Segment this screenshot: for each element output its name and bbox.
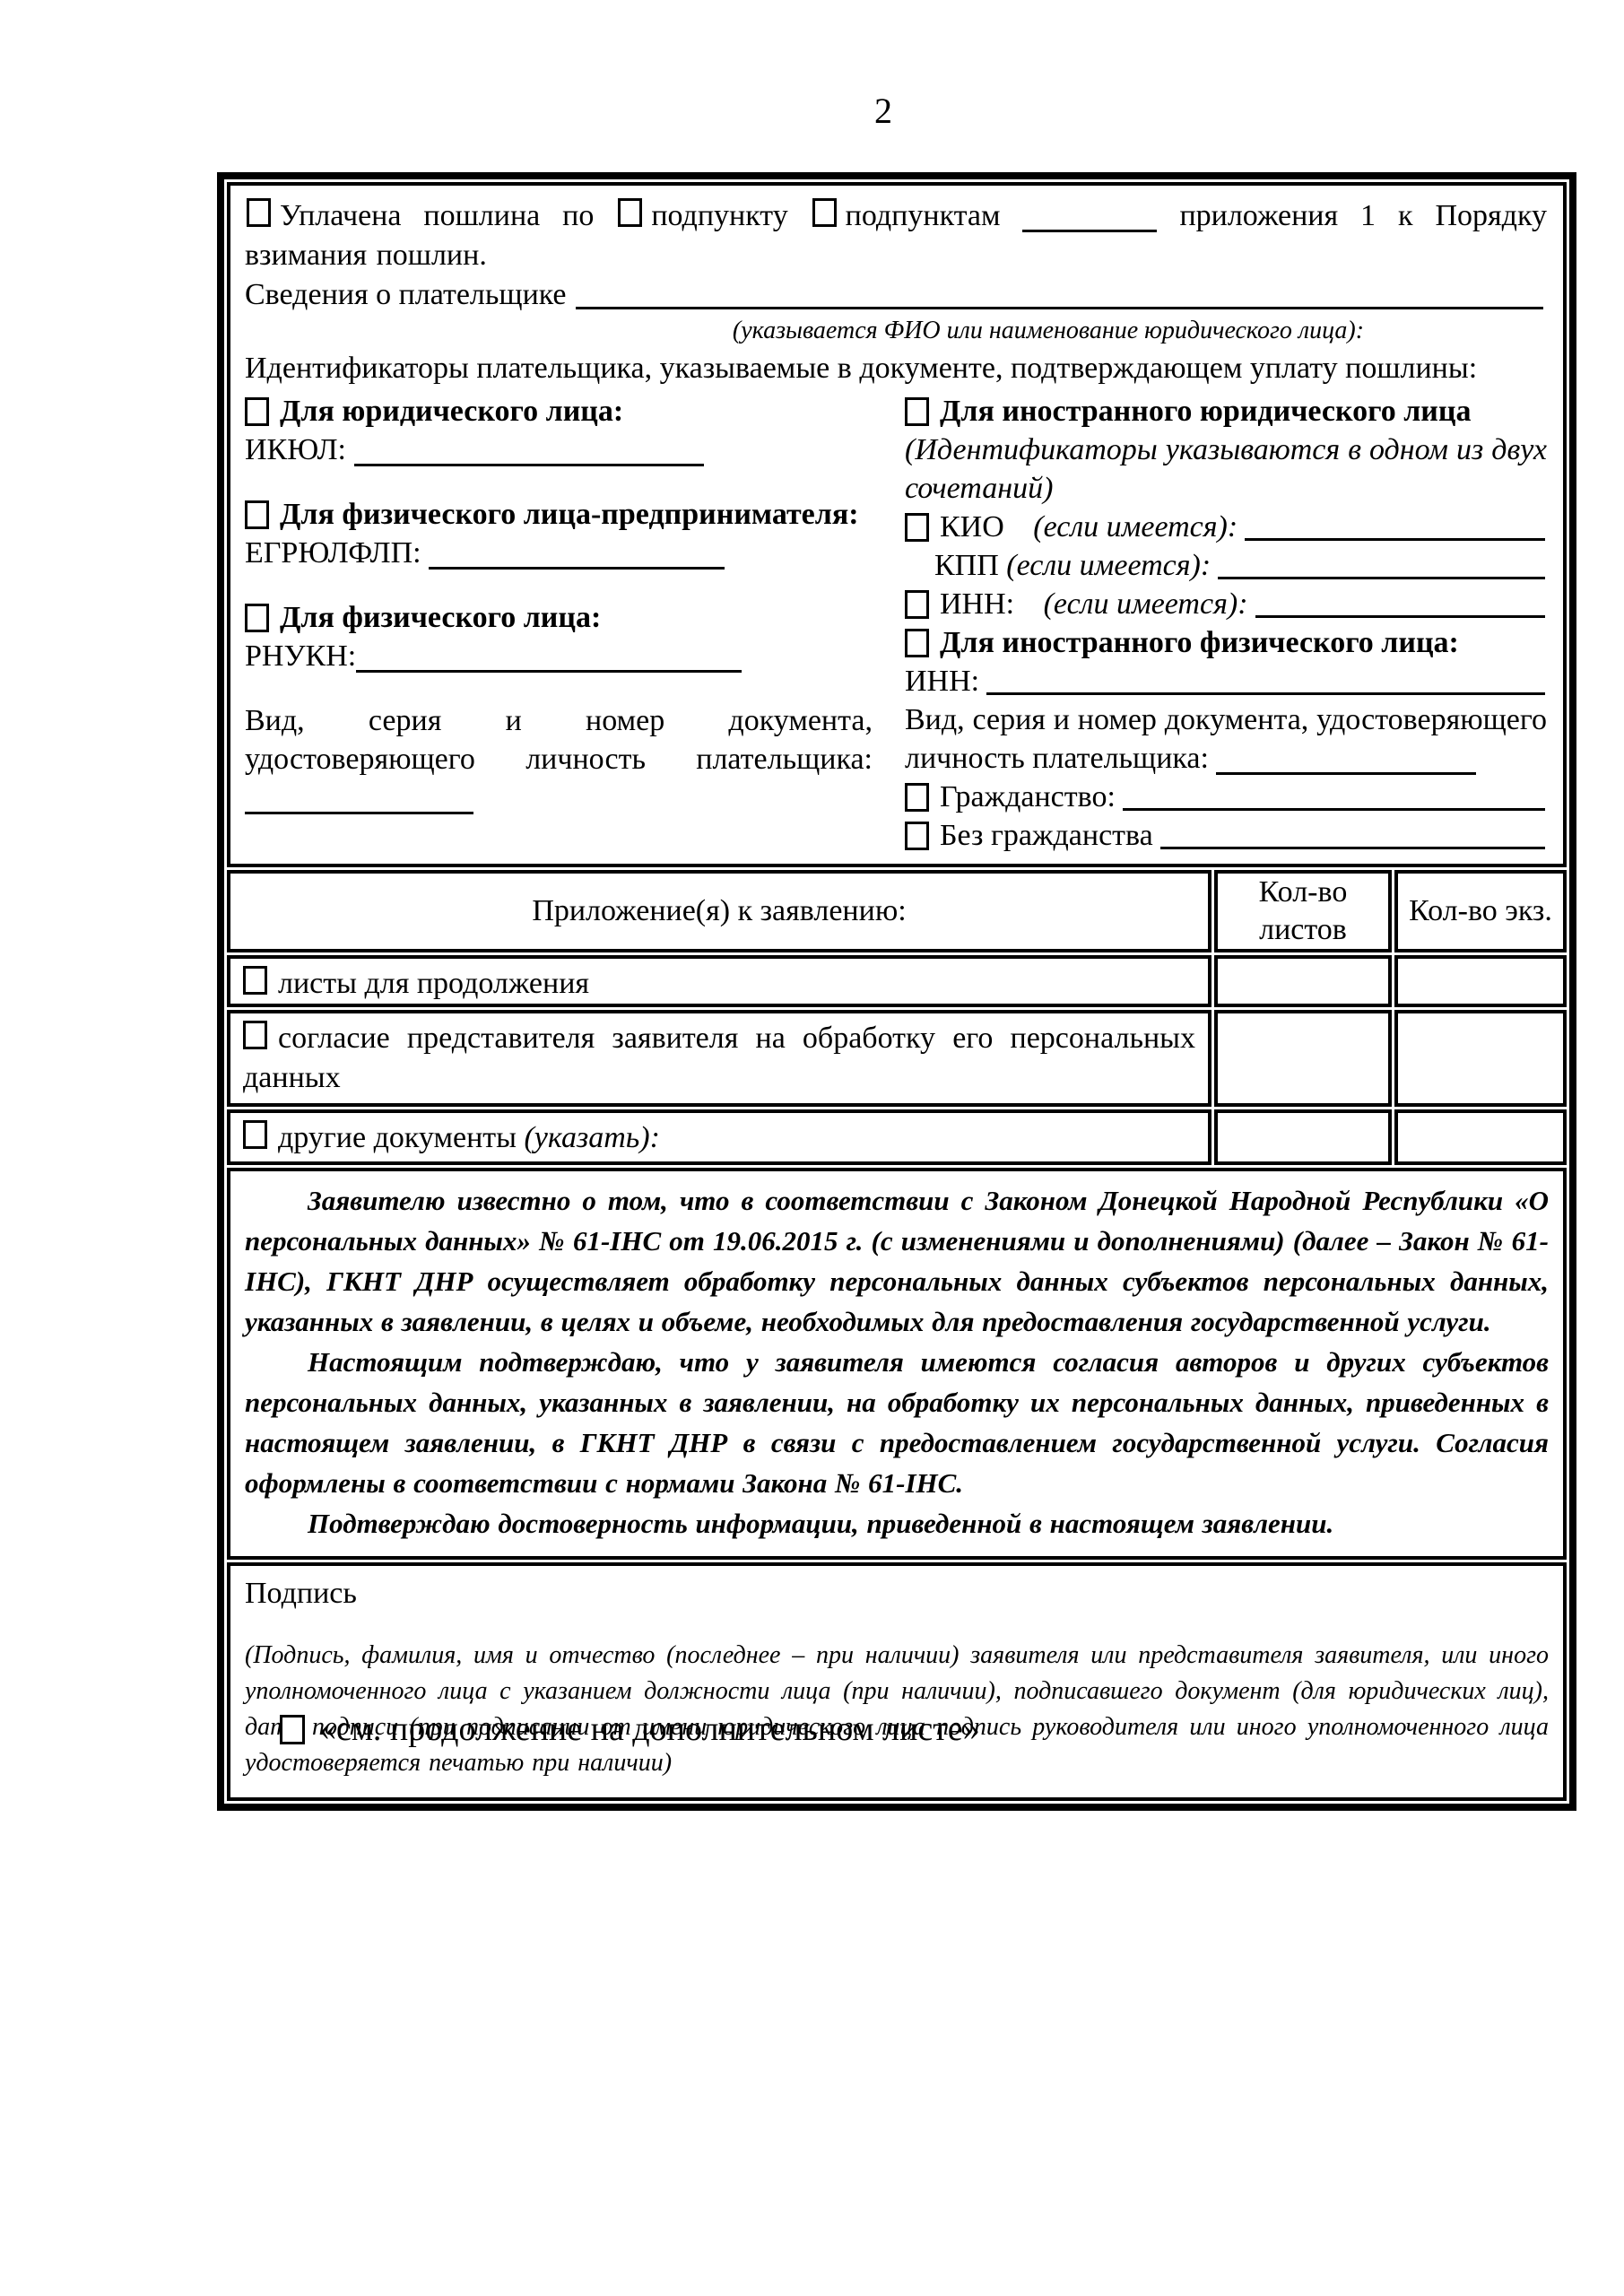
foreign-legal-note: (Идентификаторы указываются в одном из д… xyxy=(905,430,1547,508)
foreign-inn-line[interactable] xyxy=(986,662,1545,695)
sheets-label: листы для продолжения xyxy=(278,967,589,1000)
fee-paid-label: Уплачена пошлина по xyxy=(280,199,594,232)
foreign-inn-row: ИНН: xyxy=(905,662,1547,700)
stateless-row: Без гражданства xyxy=(905,816,1547,855)
attachments-table: Приложение(я) к заявлению: Кол-во листов… xyxy=(227,870,1567,1165)
subpoints-label: подпунктам xyxy=(846,199,1001,232)
attachment-row-other: другие документы (указать): xyxy=(227,1109,1211,1165)
egrulflp-row: ЕГРЮЛФЛП: xyxy=(245,534,873,572)
signature-section: Подпись (Подпись, фамилия, имя и отчеств… xyxy=(227,1562,1567,1801)
subpoints-checkbox[interactable] xyxy=(812,198,837,227)
sheets-copies-cell[interactable] xyxy=(1394,955,1567,1007)
other-docs-hint: (указать): xyxy=(524,1121,659,1154)
rnukn-label: РНУКН: xyxy=(245,639,356,673)
fee-paid-checkbox[interactable] xyxy=(247,198,271,227)
continuation-row: «см. продолжение на дополнительном листе… xyxy=(280,1709,980,1749)
consent-paragraph-3: Подтверждаю достоверность информации, пр… xyxy=(245,1503,1549,1544)
sheets-checkbox[interactable] xyxy=(243,966,267,995)
rnukn-line[interactable] xyxy=(356,639,742,673)
consent-doc-label: согласие представителя заявителя на обра… xyxy=(243,1022,1195,1094)
legal-entity-heading: Для юридического лица: xyxy=(280,392,623,430)
other-docs-label: другие документы xyxy=(278,1121,517,1154)
qty-copies-header: Кол-во экз. xyxy=(1394,870,1567,952)
consent-copies-cell[interactable] xyxy=(1394,1010,1567,1107)
signature-label: Подпись xyxy=(245,1577,1549,1611)
payer-section: Уплачена пошлина по подпункту подпунктам… xyxy=(227,182,1567,867)
consent-qty-cell[interactable] xyxy=(1214,1010,1392,1107)
inn-label: ИНН: xyxy=(940,585,1014,623)
payer-info-line[interactable] xyxy=(576,275,1543,309)
attachments-title: Приложение(я) к заявлению: xyxy=(532,894,906,928)
consent-paragraph-1: Заявителю известно о том, что в соответс… xyxy=(245,1180,1549,1342)
stateless-checkbox[interactable] xyxy=(905,822,929,850)
document-frame: Уплачена пошлина по подпункту подпунктам… xyxy=(217,172,1576,1811)
payer-info-label: Сведения о плательщике xyxy=(245,275,567,315)
foreign-legal-checkbox[interactable] xyxy=(905,397,929,426)
citizenship-line[interactable] xyxy=(1123,778,1545,811)
sheets-qty-cell[interactable] xyxy=(1214,955,1392,1007)
inn-line[interactable] xyxy=(1255,585,1545,618)
foreign-individual-checkbox[interactable] xyxy=(905,629,929,657)
foreign-legal-heading: Для иностранного юридического лица xyxy=(940,392,1471,430)
entrepreneur-checkbox[interactable] xyxy=(245,500,269,529)
domestic-column: Для юридического лица: ИКЮЛ: Для физичес… xyxy=(245,392,873,855)
stateless-line[interactable] xyxy=(1160,816,1545,849)
egrulflp-line[interactable] xyxy=(429,536,725,570)
entrepreneur-heading: Для физического лица-предпринимателя: xyxy=(280,495,859,534)
inn-checkbox[interactable] xyxy=(905,590,929,619)
kio-checkbox[interactable] xyxy=(905,513,929,542)
individual-group: Для физического лица: РНУКН: xyxy=(245,598,873,675)
consent-section: Заявителю известно о том, что в соответс… xyxy=(227,1168,1567,1560)
identifier-columns: Для юридического лица: ИКЮЛ: Для физичес… xyxy=(245,392,1547,855)
ikyul-line[interactable] xyxy=(354,433,704,466)
left-doc-note: Вид, серия и номер документа, удостоверя… xyxy=(245,701,873,817)
kpp-row: КПП (если имеется): xyxy=(934,546,1547,585)
continuation-checkbox[interactable] xyxy=(280,1715,305,1744)
inn-row: ИНН: (если имеется): xyxy=(905,585,1547,623)
kpp-hint: (если имеется): xyxy=(1006,549,1211,582)
entrepreneur-group: Для физического лица-предпринимателя: ЕГ… xyxy=(245,495,873,572)
other-qty-cell[interactable] xyxy=(1214,1109,1392,1165)
foreign-column: Для иностранного юридического лица (Иден… xyxy=(905,392,1547,855)
right-doc-line[interactable] xyxy=(1216,742,1476,775)
kpp-label: КПП xyxy=(934,549,999,582)
citizenship-label: Гражданство: xyxy=(940,778,1116,816)
continuation-label: «см. продолжение на дополнительном листе… xyxy=(319,1709,980,1749)
consent-paragraph-2: Настоящим подтверждаю, что у заявителя и… xyxy=(245,1342,1549,1503)
other-docs-checkbox[interactable] xyxy=(243,1120,267,1149)
inn-hint: (если имеется): xyxy=(1044,585,1248,623)
payer-info-row: Сведения о плательщике xyxy=(245,275,1547,315)
foreign-individual-heading: Для иностранного физического лица: xyxy=(940,623,1459,662)
subpoint-checkbox[interactable] xyxy=(618,198,642,227)
foreign-inn-label: ИНН: xyxy=(905,662,979,700)
rnukn-row: РНУКН: xyxy=(245,637,873,675)
identifiers-title: Идентификаторы плательщика, указываемые … xyxy=(245,349,1547,388)
citizenship-checkbox[interactable] xyxy=(905,783,929,812)
other-copies-cell[interactable] xyxy=(1394,1109,1567,1165)
qty-sheets-header: Кол-во листов xyxy=(1214,870,1392,952)
ikyul-label: ИКЮЛ: xyxy=(245,433,346,466)
attachment-row-consent: согласие представителя заявителя на обра… xyxy=(227,1010,1211,1107)
kio-label: КИО xyxy=(940,508,1004,546)
individual-heading: Для физического лица: xyxy=(280,598,601,637)
attachment-row-sheets: листы для продолжения xyxy=(227,955,1211,1007)
ikyul-row: ИКЮЛ: xyxy=(245,430,873,469)
legal-entity-group: Для юридического лица: ИКЮЛ: xyxy=(245,392,873,469)
right-doc-note: Вид, серия и номер документа, удостоверя… xyxy=(905,700,1547,778)
kio-line[interactable] xyxy=(1245,508,1545,541)
subpoints-blank-line[interactable] xyxy=(1022,199,1157,232)
fee-line: Уплачена пошлина по подпункту подпунктам… xyxy=(245,196,1547,275)
kio-row: КИО (если имеется): xyxy=(905,508,1547,546)
citizenship-row: Гражданство: xyxy=(905,778,1547,816)
payer-info-hint: (указывается ФИО или наименование юридич… xyxy=(550,315,1547,347)
left-doc-line[interactable] xyxy=(245,781,473,814)
consent-doc-checkbox[interactable] xyxy=(243,1021,267,1049)
page-number: 2 xyxy=(874,90,892,132)
egrulflp-label: ЕГРЮЛФЛП: xyxy=(245,536,421,570)
legal-entity-checkbox[interactable] xyxy=(245,397,269,426)
attachments-title-cell: Приложение(я) к заявлению: xyxy=(227,870,1211,952)
kio-hint: (если имеется): xyxy=(1033,508,1238,546)
left-doc-note-text: Вид, серия и номер документа, удостоверя… xyxy=(245,704,873,776)
individual-checkbox[interactable] xyxy=(245,604,269,632)
kpp-line[interactable] xyxy=(1218,546,1545,579)
subpoint-label: подпункту xyxy=(651,199,787,232)
stateless-label: Без гражданства xyxy=(940,816,1153,855)
